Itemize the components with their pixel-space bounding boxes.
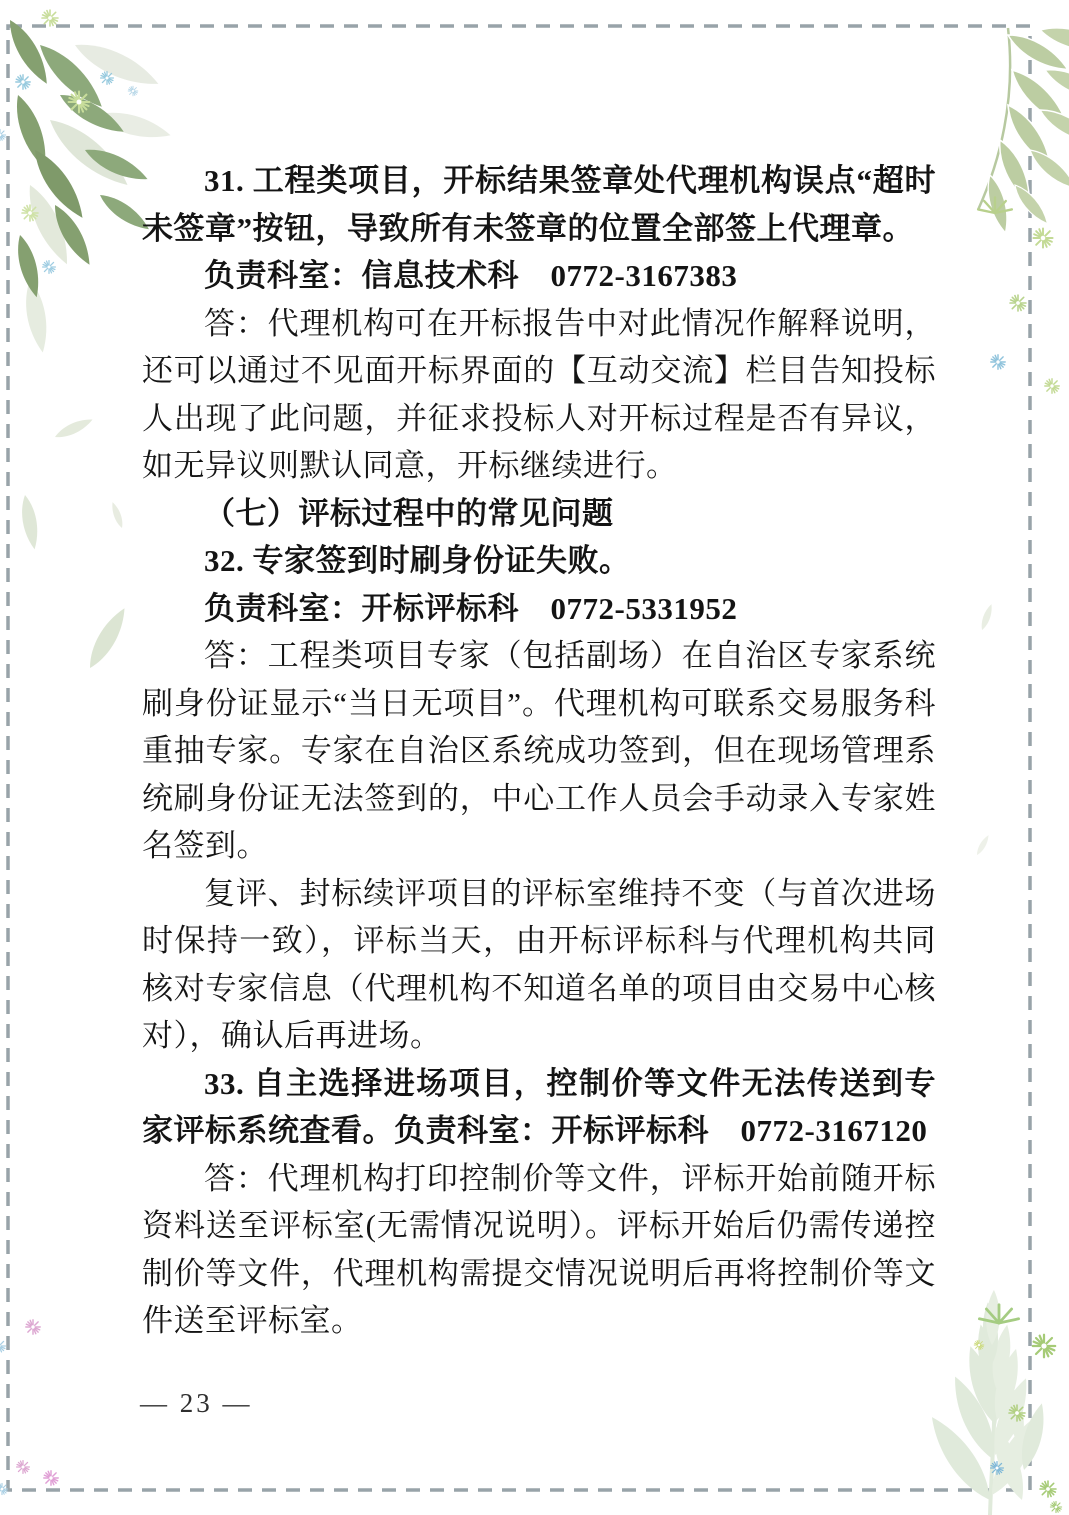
starburst-icon — [0, 129, 6, 140]
starburst-icon — [44, 1471, 58, 1485]
question-32-title: 32. 专家签到时刷身份证失败。 — [142, 537, 936, 585]
question-31-department-line: 负责科室：信息技术科 0772-3167383 — [142, 252, 936, 300]
plant-bottom-right-decoration — [922, 1290, 1062, 1515]
starburst-icon — [22, 205, 38, 221]
starburst-icon — [69, 92, 90, 113]
starburst-icon — [1050, 1501, 1061, 1512]
section-7-heading: （七）评标过程中的常见问题 — [142, 490, 936, 538]
starburst-icon — [1033, 1335, 1055, 1357]
starburst-icon — [43, 261, 56, 274]
question-31-answer: 答：代理机构可在开标报告中对此情况作解释说明，还可以通过不见面开标界面的【互动交… — [142, 300, 936, 490]
starburst-icon — [991, 1462, 1004, 1475]
starburst-icon — [17, 1461, 30, 1474]
starburst-icon — [101, 72, 114, 85]
starburst-icon — [42, 10, 58, 26]
starburst-icon — [0, 1483, 8, 1494]
question-32-department-line: 负责科室：开标评标科 0772-5331952 — [142, 585, 936, 633]
starburst-icon — [1045, 379, 1059, 393]
starburst-icon — [1010, 295, 1026, 311]
starburst-icon — [16, 75, 30, 89]
starburst-icon — [26, 1320, 40, 1334]
starburst-icon — [0, 1340, 5, 1353]
starburst-icon — [1009, 1405, 1025, 1421]
question-31-title: 31. 工程类项目，开标结果签章处代理机构误点“超时未签章”按钮，导致所有未签章… — [142, 157, 936, 252]
document-page: 31. 工程类项目，开标结果签章处代理机构误点“超时未签章”按钮，导致所有未签章… — [0, 0, 1069, 1515]
scattered-leaves-left-decoration — [18, 415, 131, 672]
page-number: — 23 — — [140, 1388, 253, 1419]
starburst-icon — [1033, 228, 1052, 247]
document-body: 31. 工程类项目，开标结果签章处代理机构误点“超时未签章”按钮，导致所有未签章… — [142, 157, 936, 1345]
question-33-title: 33. 自主选择进场项目，控制价等文件无法传送到专家评标系统查看。负责科室：开标… — [142, 1060, 936, 1155]
question-33-answer: 答：代理机构打印控制价等文件，评标开始前随开标资料送至评标室(无需情况说明）。评… — [142, 1155, 936, 1345]
starburst-icon — [1040, 1481, 1056, 1497]
question-32-answer-paragraph-1: 答：工程类项目专家（包括副场）在自治区专家系统刷身份证显示“当日无项目”。代理机… — [142, 632, 936, 870]
question-32-answer-paragraph-2: 复评、封标续评项目的评标室维持不变（与首次进场时保持一致），评标当天，由开标评标… — [142, 870, 936, 1060]
starburst-icon — [128, 86, 138, 96]
starburst-icon — [991, 355, 1005, 369]
starburst-icon — [974, 1340, 984, 1350]
olive-branch-top-right-decoration — [975, 21, 1069, 856]
